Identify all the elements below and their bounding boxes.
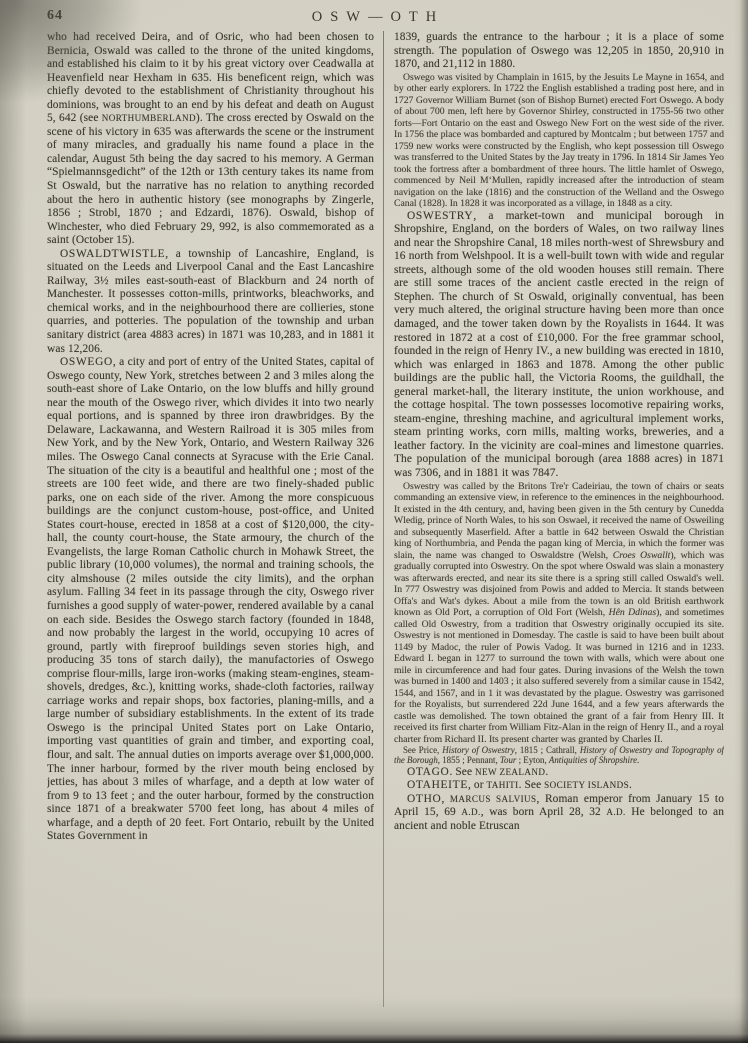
text-run: , was born April 28, 32 [481,806,607,818]
text-run: ; Eyton, [516,755,549,765]
text-run: New Zealand [475,767,545,777]
text-run: . [545,766,548,778]
article-paragraph: See Price, History of Oswestry, 1815 ; C… [394,745,724,766]
text-run: who had received Deira, and of Osric, wh… [47,31,374,124]
text-run: . See [449,766,475,778]
article-paragraph: Oswestry was called by the Britons Tre'r… [394,481,724,746]
text-run: , a township of Lancashire, England, is … [47,248,374,355]
text-run: ), and sometimes called Old Oswestry, fr… [394,607,724,745]
text-run: . [629,779,632,791]
scan-left-edge-shadow [0,0,26,1043]
text-run: Croes Oswallt [613,550,671,561]
text-run: Society Islands [544,780,629,790]
article-paragraph: OTAHEITE, or Tahiti. See Society Islands… [394,779,724,793]
article-paragraph: OSWESTRY, a market-town and municipal bo… [394,210,724,481]
page-header-title: OSW—OTH [0,9,748,26]
text-run: , a market-town and municipal borough in… [394,210,724,479]
text-run: Oswestry was called by the Britons Tre'r… [394,481,724,561]
text-run: Hên Ddinas [609,607,657,618]
text-run: Marcus Salvius [450,794,537,804]
text-run: a.d. [606,807,625,817]
entry-headword: OTAGO [407,766,449,778]
text-run: Northumberland [102,113,196,123]
article-paragraph: Oswego was visited by Champlain in 1615,… [394,72,724,210]
entry-headword: OTHO [407,793,441,805]
text-run: History of Oswestry [442,745,515,755]
text-run: , 1815 ; Cathrall, [515,745,580,755]
text-run: , 1855 ; Pennant, [438,755,500,765]
article-paragraph: OSWEGO, a city and port of entry of the … [47,356,374,844]
article-paragraph: who had received Deira, and of Osric, wh… [47,31,374,248]
article-paragraph: 1839, guards the entrance to the harbour… [394,31,724,72]
text-run: Oswego was visited by Champlain in 1615,… [394,72,724,210]
article-paragraph: OSWALDTWISTLE, a township of Lancashire,… [47,248,374,356]
text-run: Tour [500,755,516,765]
entry-headword: OSWEGO [60,356,113,368]
text-run: , or [468,779,487,791]
text-columns: who had received Deira, and of Osric, wh… [47,31,724,1007]
text-run: Tahiti [487,780,519,790]
text-run: . See [519,779,545,791]
left-column: who had received Deira, and of Osric, wh… [47,31,383,1007]
article-paragraph: OTAGO. See New Zealand. [394,766,724,780]
text-run: See Price, [403,745,442,755]
entry-headword: OSWESTRY [407,210,473,222]
text-run: . [637,755,639,765]
scanned-encyclopedia-page: 64 OSW—OTH who had received Deira, and o… [0,0,748,1043]
entry-headword: OTAHEITE [407,779,468,791]
text-run: , a city and port of entry of the United… [47,356,374,842]
entry-headword: OSWALDTWISTLE [60,248,165,260]
text-run: ). The cross erected by Oswald on the sc… [47,112,374,246]
scan-right-edge-shadow [734,0,748,1043]
text-run: a.d. [461,807,480,817]
text-run: Antiquities of Shropshire [549,755,637,765]
text-run: , [441,793,449,805]
right-column: 1839, guards the entrance to the harbour… [384,31,724,1007]
article-paragraph: OTHO, Marcus Salvius, Roman emperor from… [394,793,724,834]
text-run: 1839, guards the entrance to the harbour… [394,31,724,70]
